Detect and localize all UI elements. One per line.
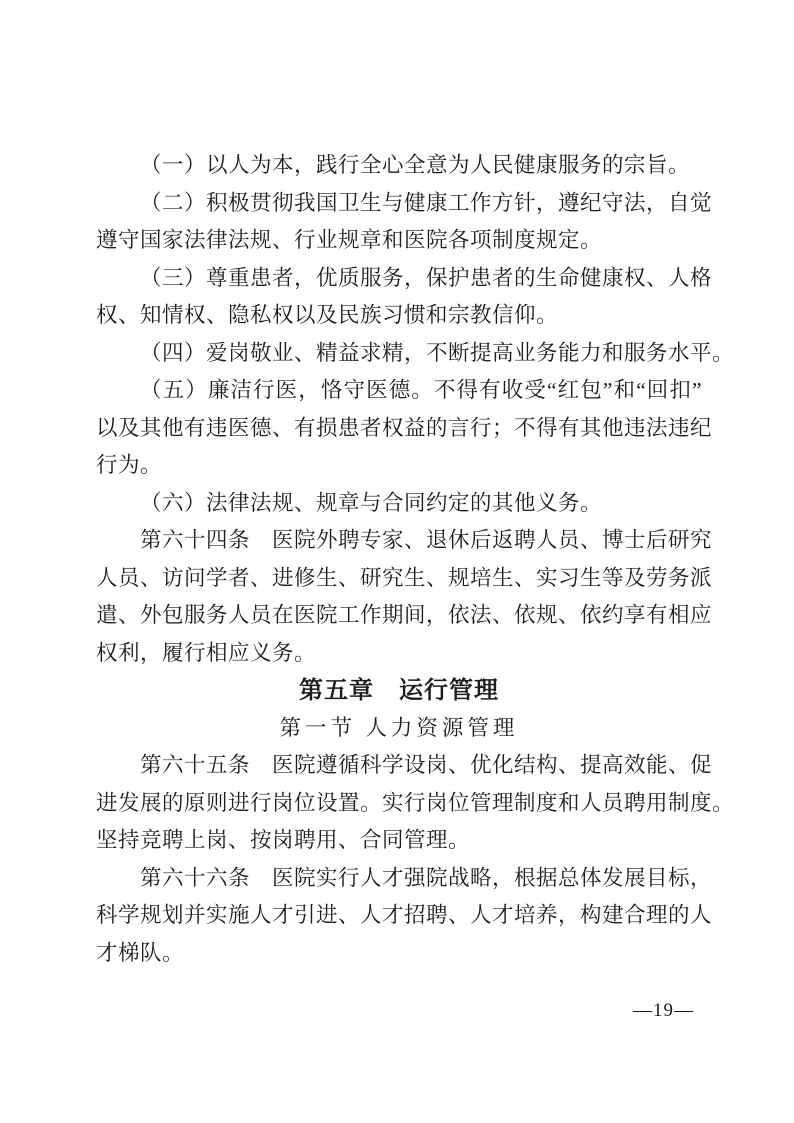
- body-line: 才梯队。: [96, 935, 702, 973]
- body-line: 科学规划并实施人才引进、人才招聘、人才培养，构建合理的人: [96, 897, 702, 935]
- body-line: 坚持竞聘上岗、按岗聘用、合同管理。: [96, 822, 702, 860]
- body-line: 行为。: [96, 447, 702, 485]
- body-line: （一）以人为本，践行全心全意为人民健康服务的宗旨。: [96, 147, 702, 185]
- body-line: 以及其他有违医德、有损患者权益的言行；不得有其他违法违纪: [96, 410, 702, 448]
- document-body: （一）以人为本，践行全心全意为人民健康服务的宗旨。 （二）积极贯彻我国卫生与健康…: [96, 147, 702, 972]
- page-number: —19—: [633, 1000, 694, 1022]
- body-line: 遣、外包服务人员在医院工作期间，依法、依规、依约享有相应: [96, 597, 702, 635]
- body-line: （五）廉洁行医，恪守医德。不得有收受“红包”和“回扣”: [96, 372, 702, 410]
- document-page: （一）以人为本，践行全心全意为人民健康服务的宗旨。 （二）积极贯彻我国卫生与健康…: [0, 0, 794, 1123]
- body-line: （二）积极贯彻我国卫生与健康工作方针，遵纪守法，自觉: [96, 185, 702, 223]
- body-line: 遵守国家法律法规、行业规章和医院各项制度规定。: [96, 222, 702, 260]
- body-line: 权、知情权、隐私权以及民族习惯和宗教信仰。: [96, 297, 702, 335]
- body-line: 进发展的原则进行岗位设置。实行岗位管理制度和人员聘用制度。: [96, 785, 702, 823]
- section-heading: 第一节 人力资源管理: [96, 710, 702, 748]
- body-line: 人员、访问学者、进修生、研究生、规培生、实习生等及劳务派: [96, 560, 702, 598]
- body-line: 权利，履行相应义务。: [96, 635, 702, 673]
- body-line: 第六十六条 医院实行人才强院战略，根据总体发展目标，: [96, 860, 702, 898]
- body-line: （四）爱岗敬业、精益求精，不断提高业务能力和服务水平。: [96, 335, 702, 373]
- chapter-heading: 第五章 运行管理: [96, 672, 702, 710]
- body-line: 第六十五条 医院遵循科学设岗、优化结构、提高效能、促: [96, 747, 702, 785]
- body-line: 第六十四条 医院外聘专家、退休后返聘人员、博士后研究: [96, 522, 702, 560]
- body-line: （六）法律法规、规章与合同约定的其他义务。: [96, 485, 702, 523]
- body-line: （三）尊重患者，优质服务，保护患者的生命健康权、人格: [96, 260, 702, 298]
